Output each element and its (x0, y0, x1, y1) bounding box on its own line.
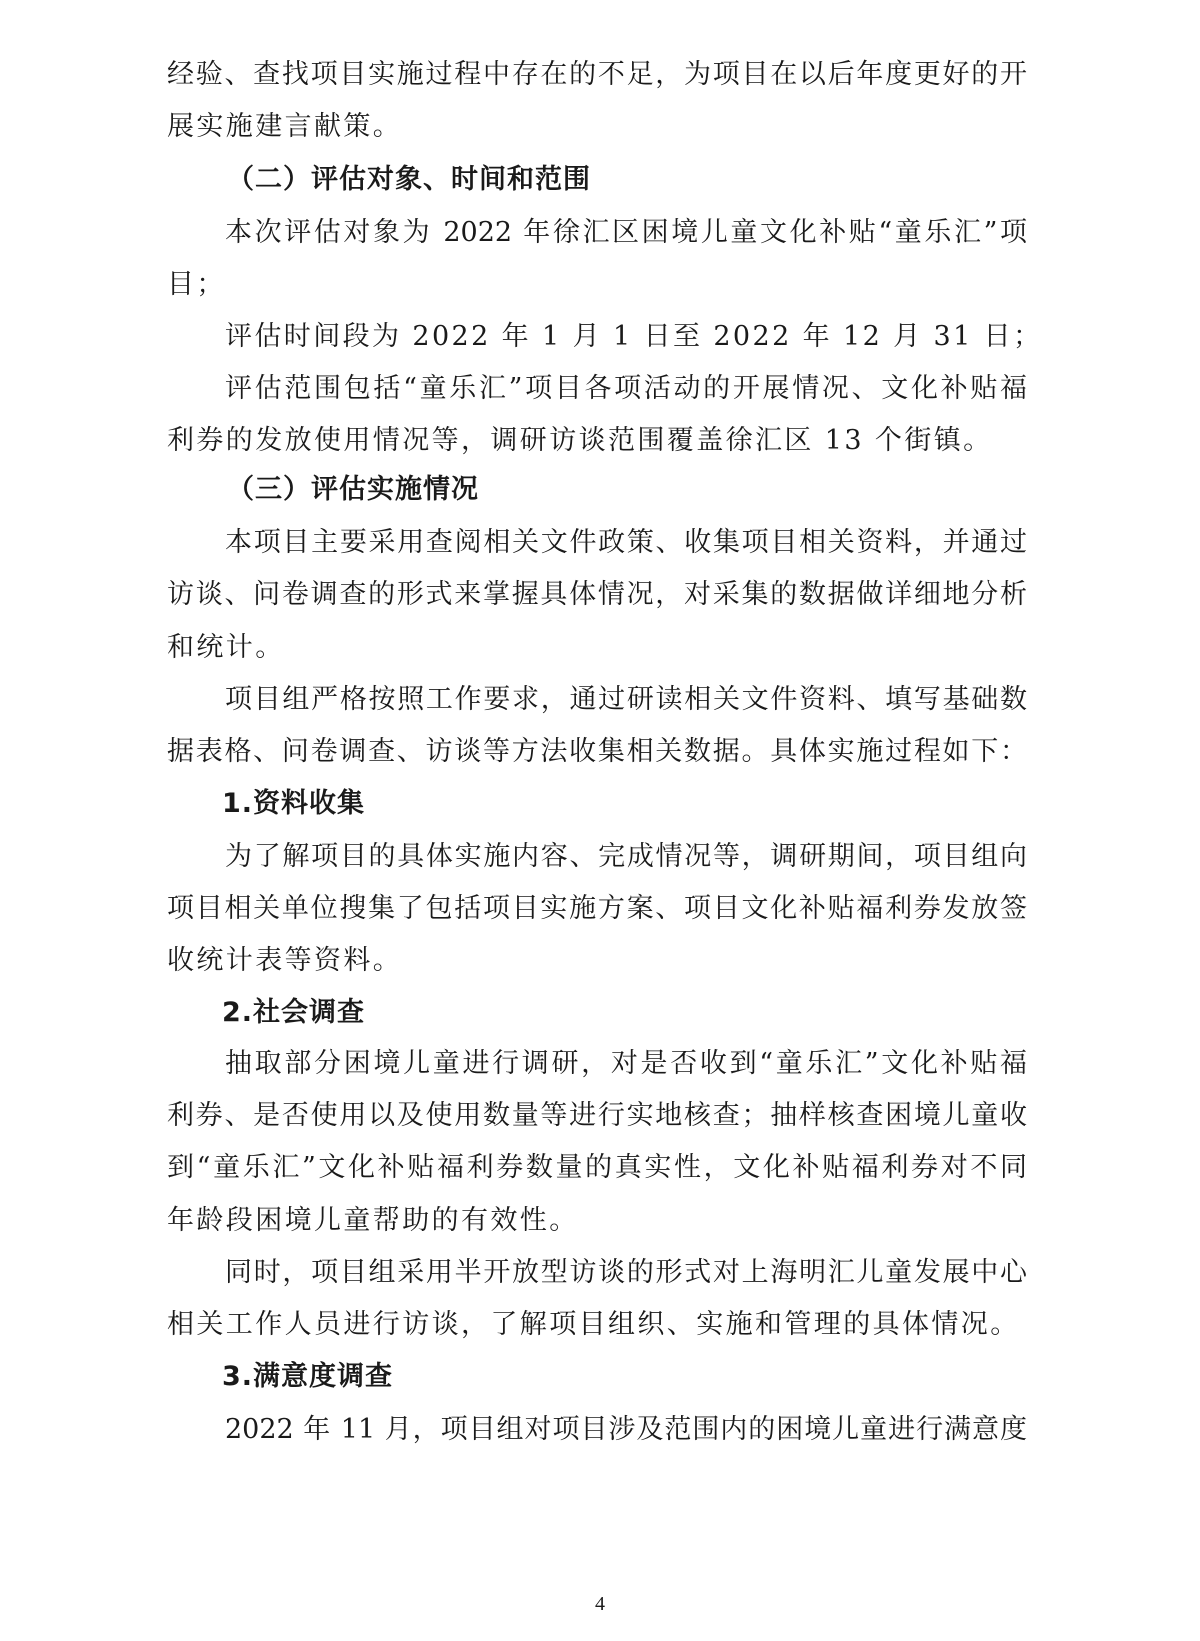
paragraph-line: 本项目主要采用查阅相关文件政策、收集项目相关资料，并通过 (225, 526, 1027, 560)
paragraph-line: 项目相关单位搜集了包括项目实施方案、项目文化补贴福利券发放签 (167, 892, 1027, 926)
paragraph-line: 评估范围包括“童乐汇”项目各项活动的开展情况、文化补贴福 (225, 372, 1027, 406)
subheading-social-survey: 2.社会调查 (222, 996, 1082, 1030)
paragraph-line: 抽取部分困境儿童进行调研，对是否收到“童乐汇”文化补贴福 (225, 1047, 1027, 1081)
paragraph-line: 利券、是否使用以及使用数量等进行实地核查；抽样核查困境儿童收 (167, 1099, 1027, 1133)
paragraph-line: 为了解项目的具体实施内容、完成情况等，调研期间，项目组向 (225, 840, 1027, 874)
page-number: 4 (0, 1593, 1200, 1616)
subheading-data-collection: 1.资料收集 (222, 787, 1082, 821)
section-heading-evaluation-scope: （二）评估对象、时间和范围 (227, 163, 1087, 197)
paragraph-line: 本次评估对象为 2022 年徐汇区困境儿童文化补贴“童乐汇”项 (225, 216, 1027, 250)
paragraph-line: 相关工作人员进行访谈，了解项目组织、实施和管理的具体情况。 (167, 1308, 1027, 1342)
document-page: 经验、查找项目实施过程中存在的不足，为项目在以后年度更好的开 展实施建言献策。 … (0, 0, 1200, 1641)
subheading-satisfaction-survey: 3.满意度调查 (222, 1360, 1082, 1394)
paragraph-line: 2022 年 11 月，项目组对项目涉及范围内的困境儿童进行满意度 (225, 1413, 1027, 1447)
paragraph-line: 评估时间段为 2022 年 1 月 1 日至 2022 年 12 月 31 日； (225, 320, 1027, 354)
paragraph-line: 展实施建言献策。 (167, 110, 1027, 144)
paragraph-line: 利券的发放使用情况等，调研访谈范围覆盖徐汇区 13 个街镇。 (167, 424, 1027, 458)
paragraph-line: 项目组严格按照工作要求，通过研读相关文件资料、填写基础数 (225, 683, 1027, 717)
paragraph-line: 年龄段困境儿童帮助的有效性。 (167, 1204, 1027, 1238)
paragraph-line: 访谈、问卷调查的形式来掌握具体情况，对采集的数据做详细地分析 (167, 578, 1027, 612)
paragraph-line: 到“童乐汇”文化补贴福利券数量的真实性，文化补贴福利券对不同 (167, 1151, 1027, 1185)
paragraph-line: 目； (167, 268, 1027, 302)
paragraph-line: 据表格、问卷调查、访谈等方法收集相关数据。具体实施过程如下： (167, 735, 1027, 769)
section-heading-implementation: （三）评估实施情况 (227, 473, 1087, 507)
paragraph-line: 和统计。 (167, 631, 1027, 665)
paragraph-line: 经验、查找项目实施过程中存在的不足，为项目在以后年度更好的开 (167, 58, 1027, 92)
paragraph-line: 同时，项目组采用半开放型访谈的形式对上海明汇儿童发展中心 (225, 1256, 1027, 1290)
paragraph-line: 收统计表等资料。 (167, 944, 1027, 978)
